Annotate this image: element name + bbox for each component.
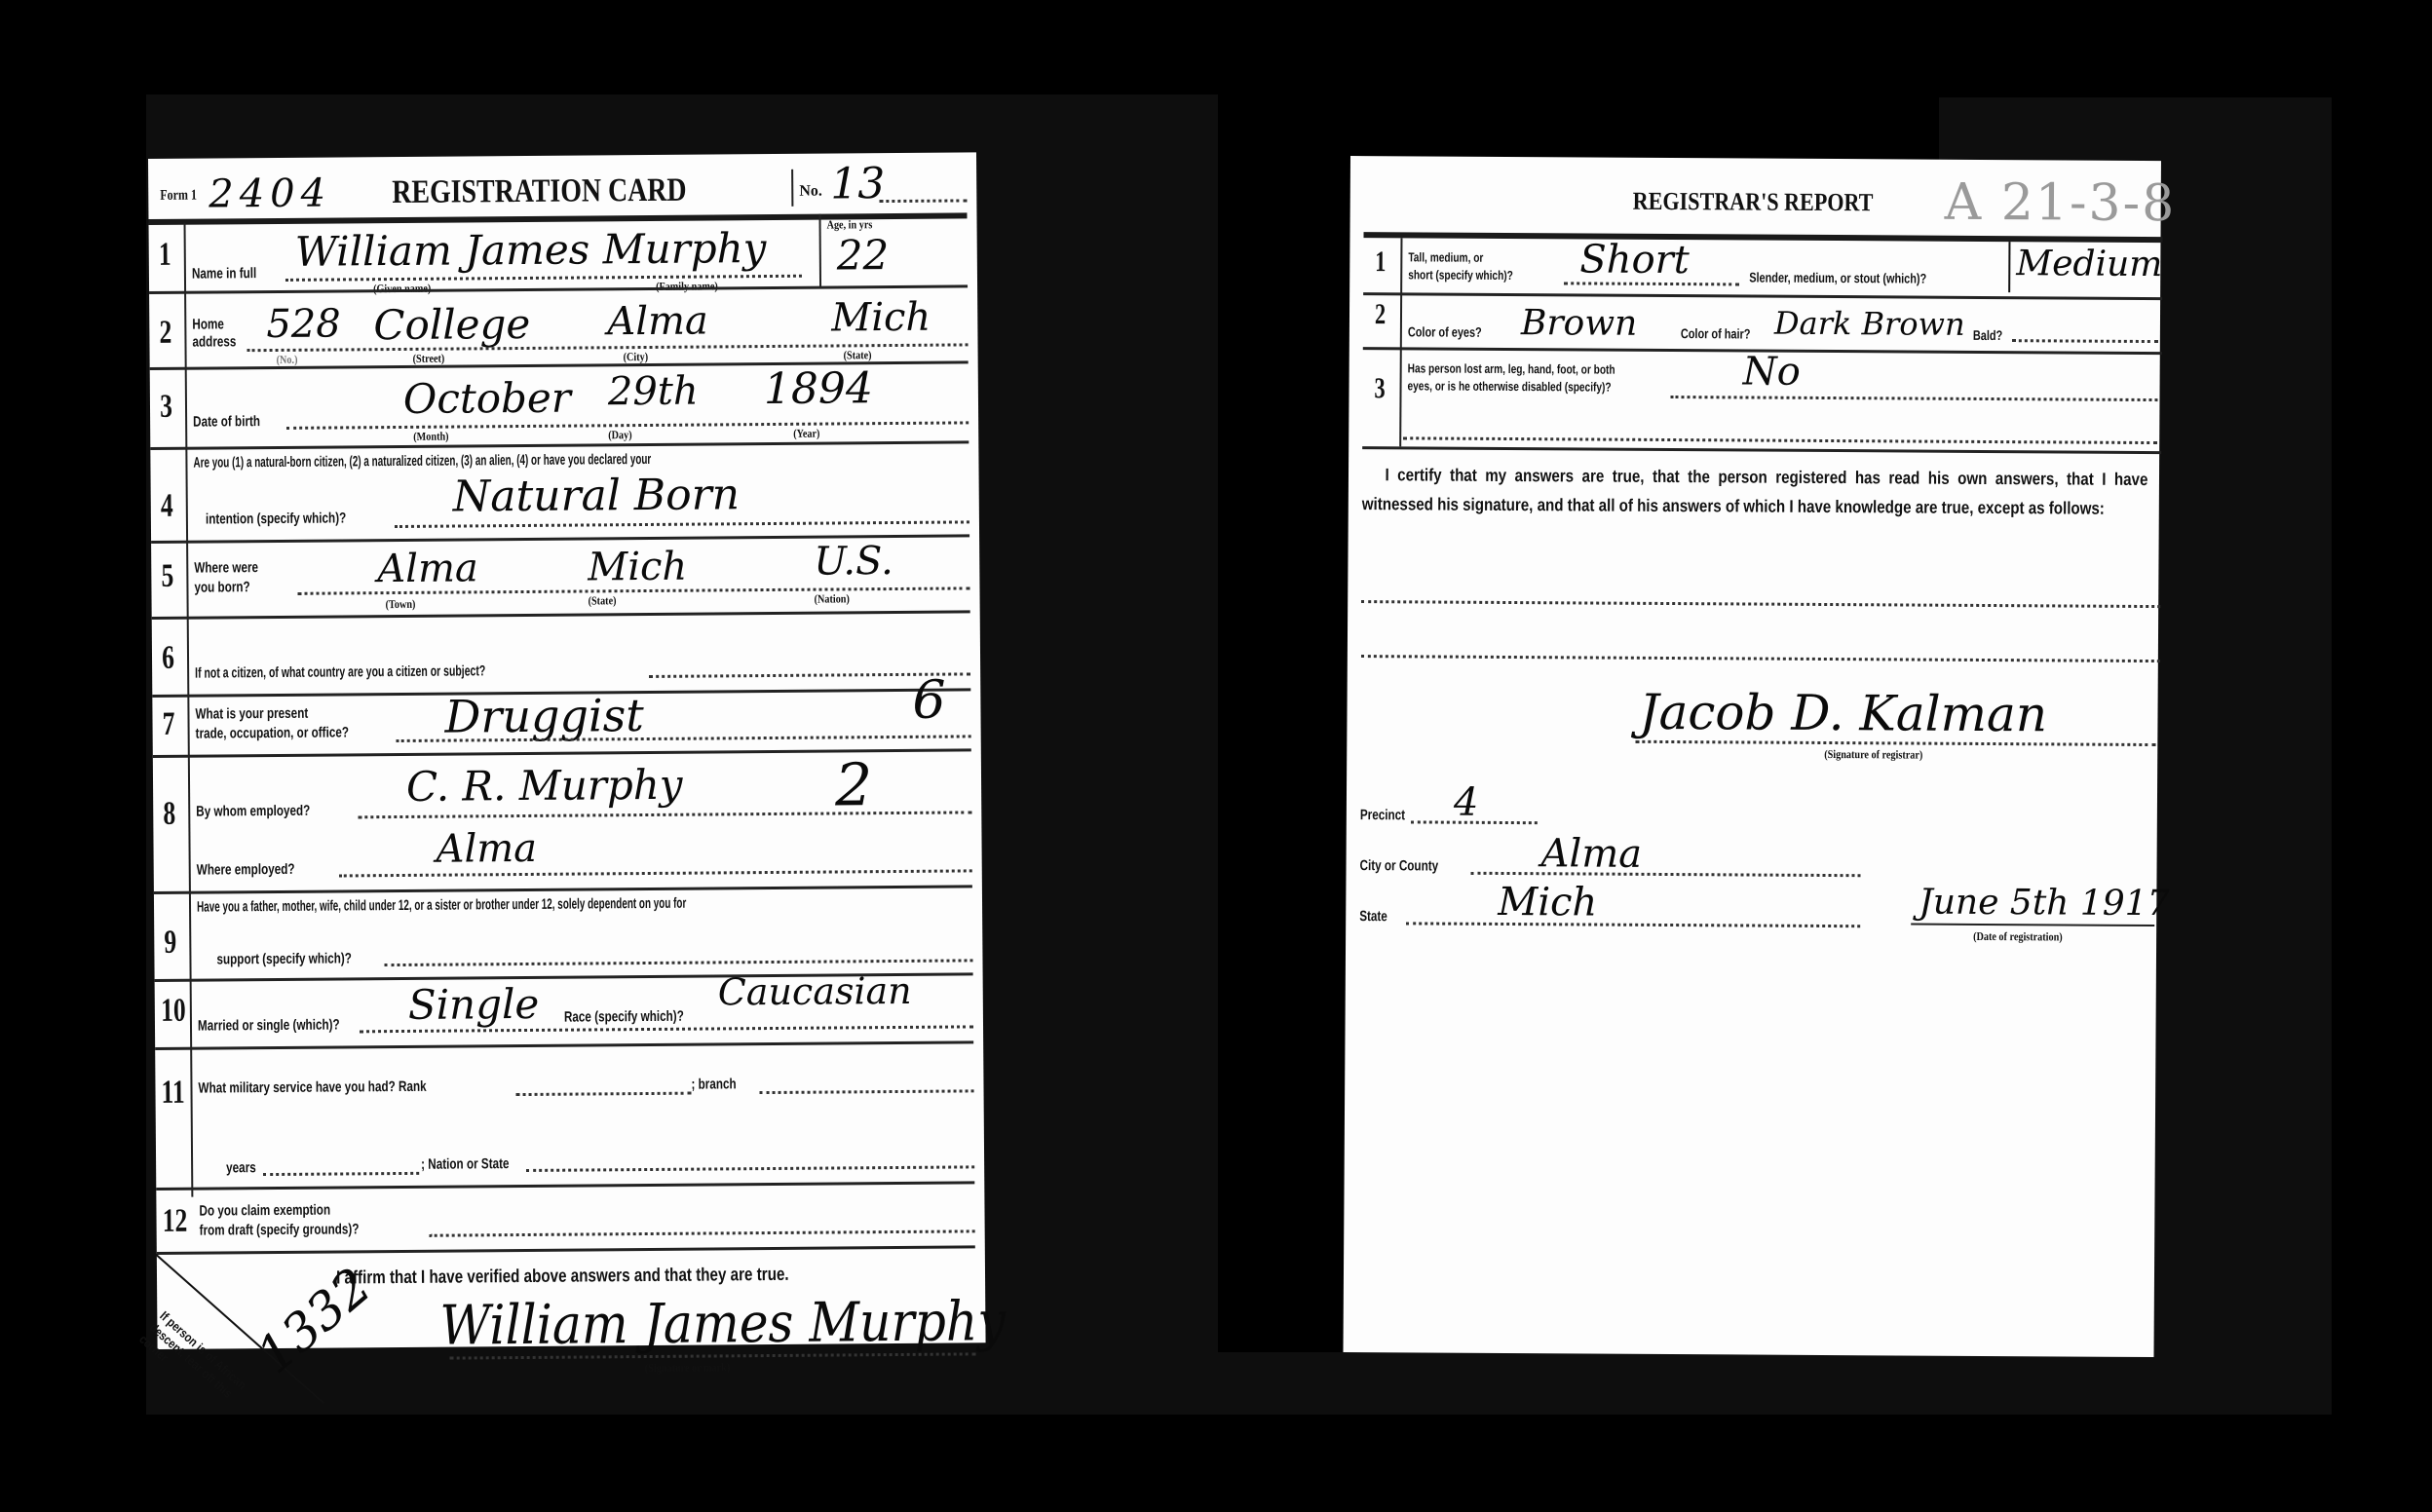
birth-state[interactable]: Mich bbox=[588, 545, 687, 590]
card-title: REGISTRATION CARD bbox=[392, 172, 687, 211]
citizenship-line bbox=[395, 520, 969, 528]
row-10-number: 10 bbox=[161, 993, 186, 1030]
row-8-number: 8 bbox=[163, 796, 175, 833]
row-11-number: 11 bbox=[161, 1075, 184, 1112]
row-12-rule bbox=[157, 1245, 975, 1255]
row-5-rule bbox=[152, 610, 970, 620]
affirm-text: I affirm that I have verified above answ… bbox=[336, 1265, 789, 1290]
city-label: City or County bbox=[1359, 857, 1438, 874]
scan-background-bottom bbox=[146, 1352, 2332, 1415]
home-state[interactable]: Mich bbox=[831, 295, 931, 341]
registrar-signature-caption: (Signature of registrar) bbox=[1824, 747, 1922, 763]
row-9-number: 9 bbox=[164, 925, 176, 962]
caption-no: (No.) bbox=[277, 353, 298, 367]
disability-line-2 bbox=[1403, 436, 2157, 444]
exemption-label-2: from draft (specify grounds)? bbox=[200, 1221, 360, 1238]
report-row-3-number: 3 bbox=[1374, 372, 1385, 405]
registrant-signature: William James Murphy bbox=[439, 1290, 1006, 1358]
precinct-label: Precinct bbox=[1360, 807, 1405, 823]
report-row-1-rule bbox=[1363, 292, 2162, 300]
report-stamp: A 21-3-8 bbox=[1945, 173, 2177, 233]
branch-label: ; branch bbox=[691, 1076, 736, 1092]
form-label: Form 1 bbox=[160, 188, 197, 205]
exemption-label-1: Do you claim exemption bbox=[199, 1202, 330, 1220]
row-3-number: 3 bbox=[160, 389, 172, 426]
registration-date[interactable]: June 5th 1917 bbox=[1919, 883, 2169, 925]
row-2-number: 2 bbox=[159, 315, 171, 352]
citizenship-question: Are you (1) a natural-born citizen, (2) … bbox=[193, 451, 651, 472]
dob-year[interactable]: 1894 bbox=[764, 363, 873, 414]
build-label: Slender, medium, or stout (which)? bbox=[1749, 270, 1926, 286]
dependents-label: support (specify which)? bbox=[216, 950, 352, 967]
registration-card: Form 1 2404 REGISTRATION CARD No. 13 1 N… bbox=[148, 152, 986, 1349]
serial-no-label: No. bbox=[799, 183, 822, 201]
eye-color-label: Color of eyes? bbox=[1408, 323, 1482, 339]
employer-line bbox=[358, 811, 971, 818]
row-11-rule bbox=[156, 1181, 974, 1191]
home-number[interactable]: 528 bbox=[266, 301, 341, 347]
nation-state-label: ; Nation or State bbox=[421, 1155, 509, 1173]
report-row-3-rule bbox=[1362, 446, 2161, 454]
birth-nation[interactable]: U.S. bbox=[814, 539, 893, 585]
serial-number: 13 bbox=[830, 159, 885, 208]
employment-place-label: Where employed? bbox=[197, 861, 295, 879]
form-number: 2404 bbox=[209, 171, 331, 217]
state-value[interactable]: Mich bbox=[1498, 880, 1597, 926]
birthplace-label-1: Where were bbox=[194, 559, 258, 577]
home-label-2: address bbox=[192, 333, 236, 350]
height-label-2: short (specify which)? bbox=[1408, 267, 1513, 283]
race-value[interactable]: Caucasian bbox=[718, 969, 912, 1014]
serial-dots bbox=[879, 199, 967, 203]
disability-line-1 bbox=[1670, 396, 2157, 401]
caption-nation: (Nation) bbox=[815, 591, 850, 606]
row-6-number: 6 bbox=[162, 640, 174, 677]
registration-date-caption: (Date of registration) bbox=[1973, 929, 2063, 945]
exemption-line bbox=[430, 1229, 975, 1236]
city-value[interactable]: Alma bbox=[1540, 831, 1642, 877]
row-8-rule bbox=[154, 885, 972, 894]
employment-place-line bbox=[339, 869, 972, 877]
home-label-1: Home bbox=[192, 316, 224, 332]
occupation-label-2: trade, occupation, or office? bbox=[196, 724, 349, 741]
signature-caption: (Signature or mark) bbox=[645, 1360, 731, 1376]
registration-date-line bbox=[1911, 924, 2154, 927]
employer-label: By whom employed? bbox=[196, 803, 310, 820]
build-value[interactable]: Medium bbox=[2016, 244, 2162, 284]
hair-color-label: Color of hair? bbox=[1681, 325, 1751, 341]
row-4-number: 4 bbox=[161, 488, 173, 525]
name-value[interactable]: William James Murphy bbox=[295, 224, 767, 276]
marital-value[interactable]: Single bbox=[408, 980, 540, 1029]
years-label: years bbox=[226, 1159, 256, 1176]
home-city[interactable]: Alma bbox=[607, 298, 708, 344]
height-value[interactable]: Short bbox=[1579, 237, 1690, 283]
occupation-value[interactable]: Druggist bbox=[444, 689, 644, 743]
row-3-rule bbox=[150, 440, 969, 450]
dob-month[interactable]: October bbox=[403, 374, 571, 423]
precinct-line bbox=[1411, 820, 1538, 824]
citizenship-label: intention (specify which)? bbox=[206, 510, 346, 527]
foreign-citizen-label: If not a citizen, of what country are yo… bbox=[195, 662, 485, 681]
occupation-label-1: What is your present bbox=[195, 705, 308, 723]
build-mark bbox=[2008, 242, 2010, 292]
marital-label: Married or single (which)? bbox=[198, 1016, 340, 1034]
branch-line bbox=[760, 1089, 974, 1094]
height-label-1: Tall, medium, or bbox=[1408, 249, 1483, 264]
exception-line-2 bbox=[1361, 655, 2160, 662]
race-label: Race (specify which)? bbox=[564, 1008, 684, 1026]
dependents-question: Have you a father, mother, wife, child u… bbox=[197, 895, 686, 916]
row-12-number: 12 bbox=[163, 1203, 188, 1240]
rank-line bbox=[516, 1092, 692, 1096]
caption-month: (Month) bbox=[413, 430, 448, 444]
report-row-2-number: 2 bbox=[1375, 298, 1386, 331]
margin-mark-6: 6 bbox=[912, 669, 946, 731]
hair-color-value[interactable]: Dark Brown bbox=[1774, 305, 1965, 343]
exception-line-1 bbox=[1361, 600, 2160, 608]
certify-text: I certify that my answers are true, that… bbox=[1362, 460, 2148, 523]
nation-state-line bbox=[526, 1165, 974, 1172]
eye-color-value[interactable]: Brown bbox=[1521, 303, 1638, 344]
row-5-number: 5 bbox=[161, 558, 173, 595]
disability-label-2: eyes, or is he otherwise disabled (speci… bbox=[1408, 378, 1612, 394]
report-header-rule bbox=[1363, 232, 2162, 243]
dependents-line bbox=[384, 959, 972, 966]
age-value[interactable]: 22 bbox=[837, 231, 890, 279]
disability-value[interactable]: No bbox=[1743, 349, 1801, 394]
row-10-rule bbox=[155, 1040, 973, 1050]
report-row-divider bbox=[1399, 238, 1402, 446]
state-line bbox=[1406, 922, 1860, 927]
name-line bbox=[285, 275, 802, 282]
caption-birth-state: (State) bbox=[589, 593, 617, 608]
precinct-value[interactable]: 4 bbox=[1454, 780, 1479, 825]
bald-label: Bald? bbox=[1973, 327, 2002, 343]
years-line bbox=[263, 1172, 419, 1176]
employer-value[interactable]: C. R. Murphy bbox=[406, 761, 683, 811]
row-7-number: 7 bbox=[163, 706, 175, 743]
age-divider bbox=[818, 214, 821, 288]
row-1-rule bbox=[149, 284, 968, 294]
caption-street: (Street) bbox=[413, 352, 445, 366]
bald-line bbox=[2012, 339, 2158, 343]
report-title: REGISTRAR'S REPORT bbox=[1633, 187, 1874, 218]
state-label: State bbox=[1359, 908, 1387, 925]
disability-label-1: Has person lost arm, leg, hand, foot, or… bbox=[1408, 360, 1615, 376]
city-line bbox=[1470, 872, 1860, 877]
home-street[interactable]: College bbox=[373, 300, 530, 349]
caption-day: (Day) bbox=[608, 428, 631, 442]
margin-mark-2: 2 bbox=[835, 751, 873, 819]
name-label: Name in full bbox=[192, 265, 256, 283]
dob-day[interactable]: 29th bbox=[608, 369, 699, 415]
caption-year: (Year) bbox=[793, 427, 819, 441]
caption-state: (State) bbox=[844, 348, 872, 362]
row-1-number: 1 bbox=[159, 237, 171, 274]
height-line bbox=[1564, 282, 1739, 285]
registrar-signature: Jacob D. Kalman bbox=[1639, 684, 2047, 743]
registrar-signature-line bbox=[1635, 740, 2155, 746]
birthplace-label-2: you born? bbox=[194, 579, 249, 595]
dob-label: Date of birth bbox=[193, 413, 260, 431]
report-row-1-number: 1 bbox=[1375, 246, 1386, 279]
registrars-report-card: REGISTRAR'S REPORT A 21-3-8 1 Tall, medi… bbox=[1343, 156, 2160, 1357]
caption-town: (Town) bbox=[386, 597, 416, 612]
military-label: What military service have you had? Rank bbox=[198, 1078, 426, 1097]
birth-town[interactable]: Alma bbox=[377, 546, 478, 591]
caption-city: (City) bbox=[624, 350, 649, 364]
header-divider bbox=[791, 170, 793, 207]
citizenship-value[interactable]: Natural Born bbox=[453, 470, 741, 521]
employment-place-value[interactable]: Alma bbox=[436, 826, 537, 872]
